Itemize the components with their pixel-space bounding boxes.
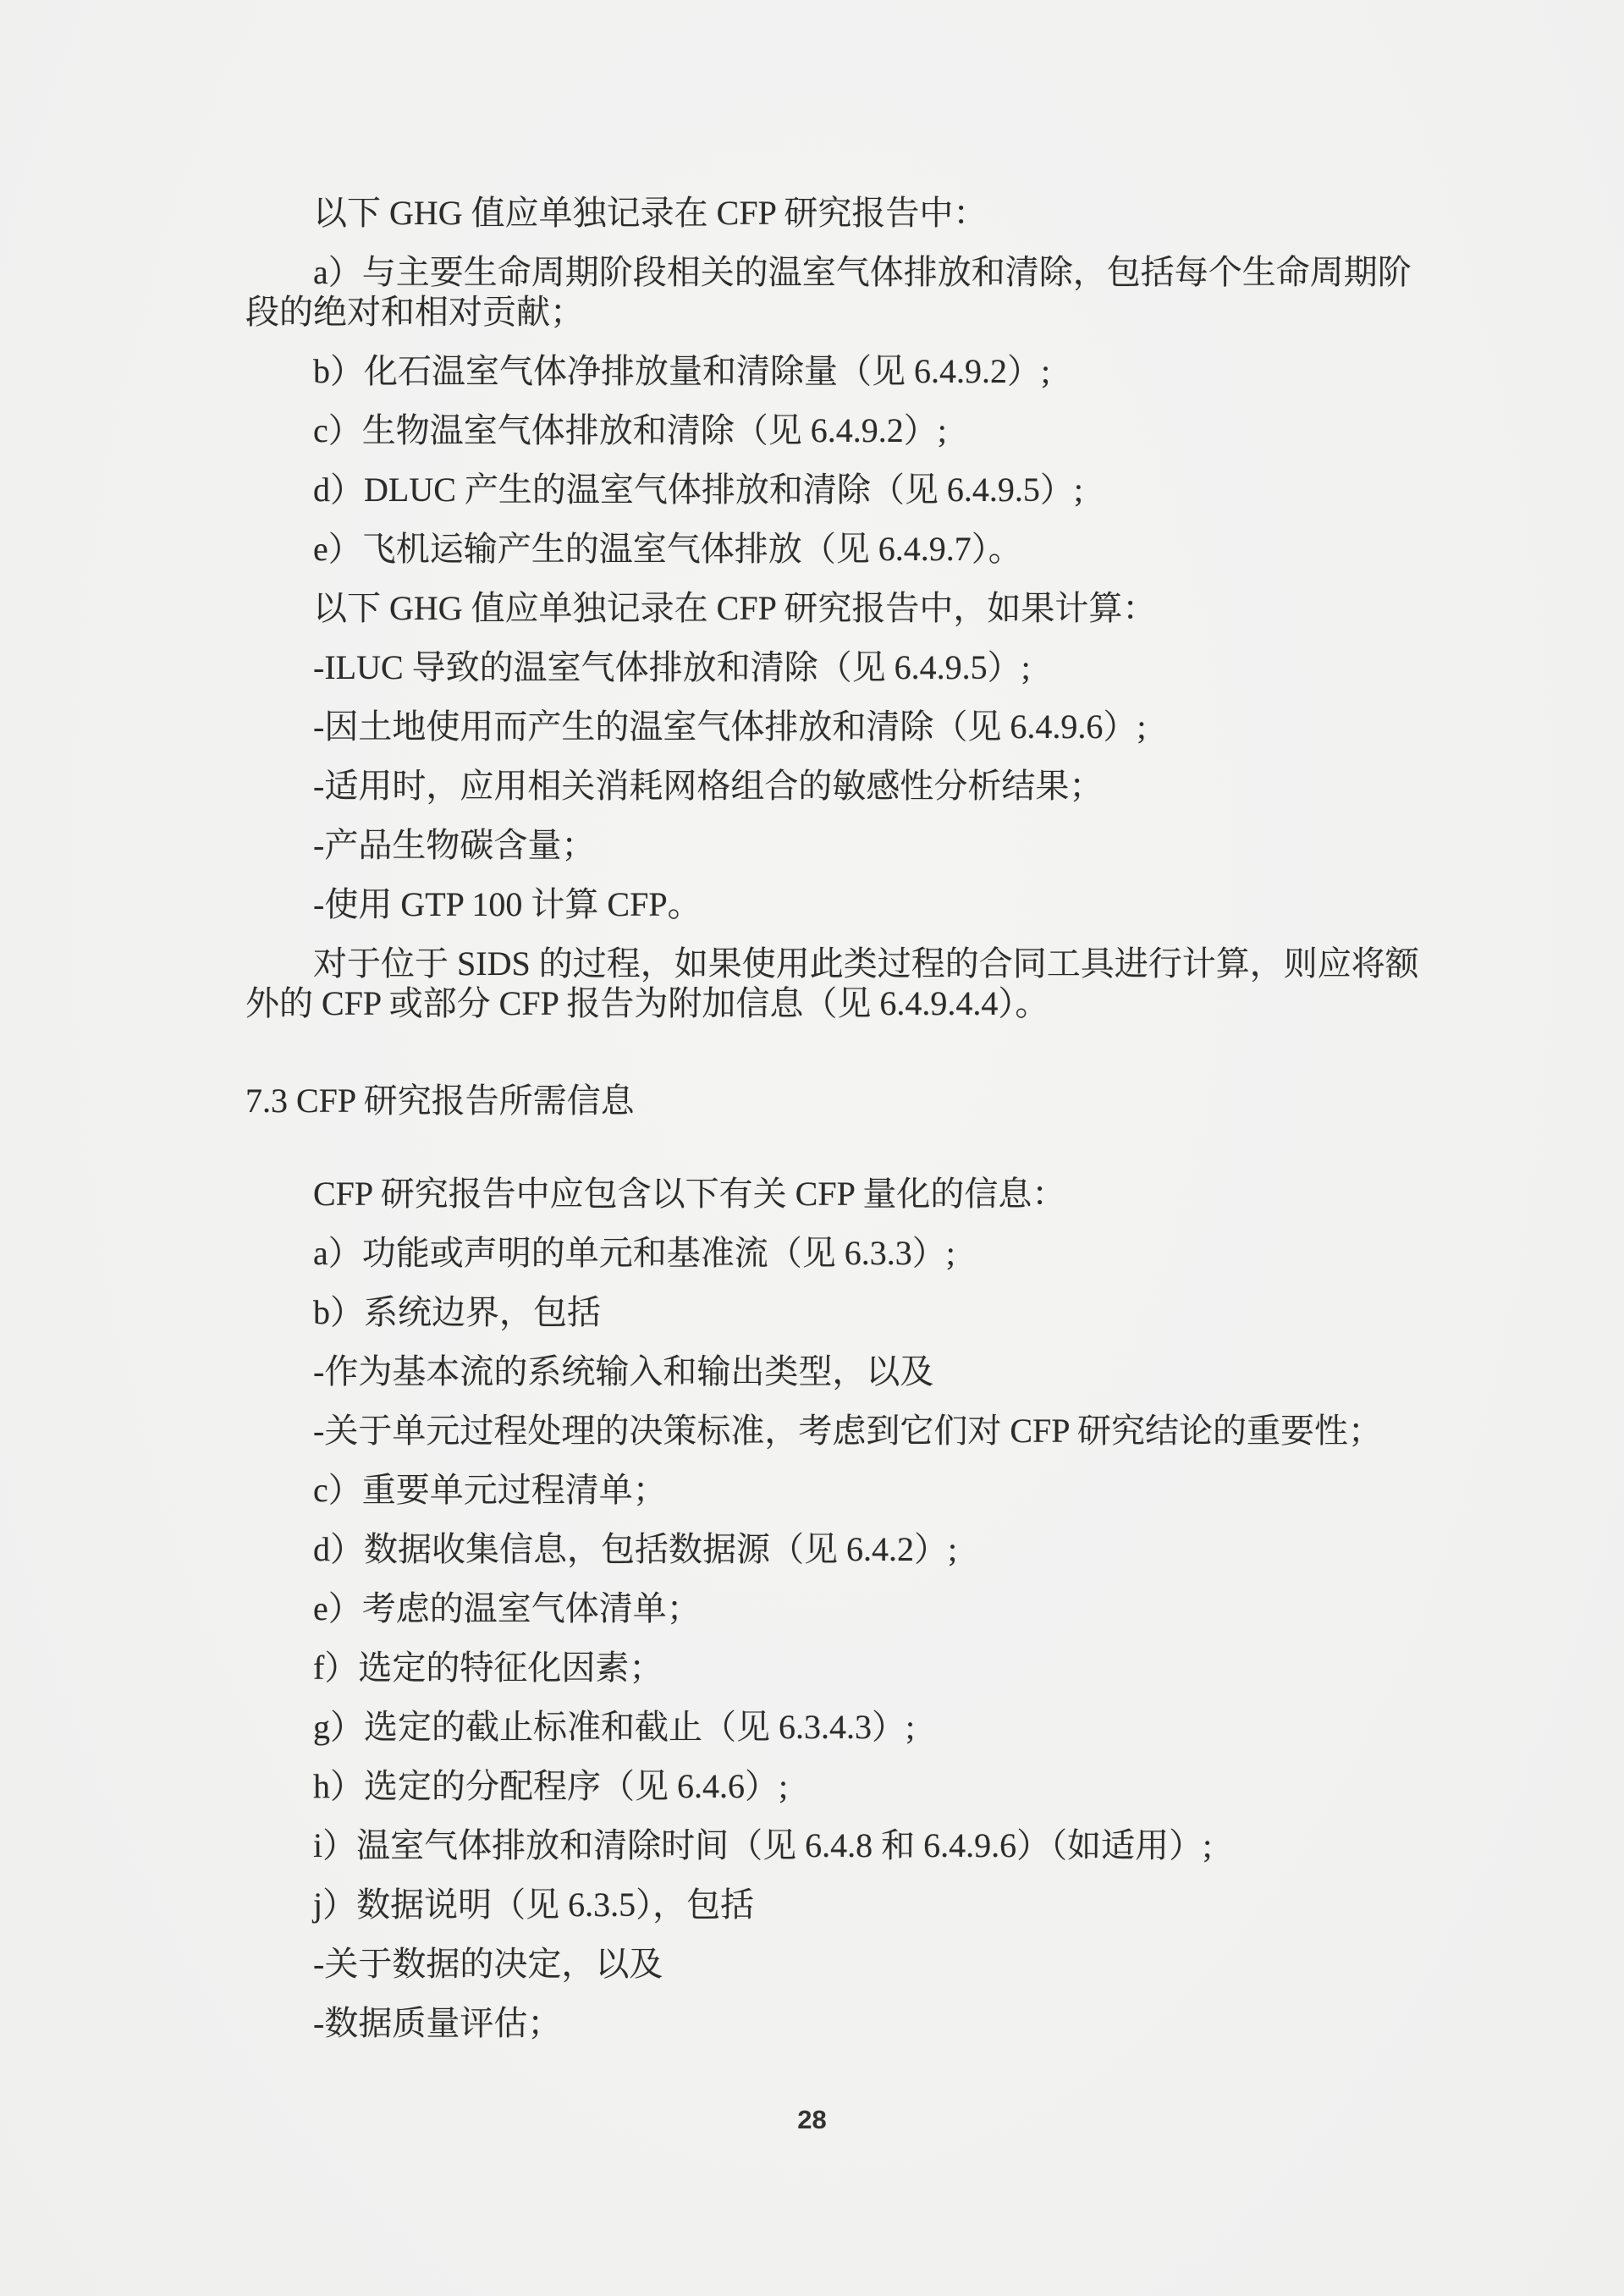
text-line: e）飞机运输产生的温室气体排放（见 6.4.9.7）。 [245,529,1388,569]
text-line: i）温室气体排放和清除时间（见 6.4.8 和 6.4.9.6）（如适用）; [245,1825,1388,1865]
text-line: b）化石温室气体净排放量和清除量（见 6.4.9.2）; [245,351,1388,391]
text-line: 对于位于 SIDS 的过程，如果使用此类过程的合同工具进行计算，则应将额 [245,944,1388,983]
text-line: 段的绝对和相对贡献； [245,292,1388,332]
text-line: h）选定的分配程序（见 6.4.6）; [245,1766,1388,1806]
page-number: 28 [0,2105,1624,2135]
text-line: j）数据说明（见 6.3.5），包括 [245,1885,1388,1924]
text-line: 以下 GHG 值应单独记录在 CFP 研究报告中，如果计算： [245,588,1388,628]
text-line: e）考虑的温室气体清单； [245,1588,1388,1628]
text-line: -ILUC 导致的温室气体排放和清除（见 6.4.9.5）; [245,647,1388,687]
text-line: g）选定的截止标准和截止（见 6.3.4.3）; [245,1707,1388,1747]
text-line: d）DLUC 产生的温室气体排放和清除（见 6.4.9.5）; [245,470,1388,509]
text-line: 外的 CFP 或部分 CFP 报告为附加信息（见 6.4.9.4.4）。 [245,983,1388,1023]
text-line: -适用时，应用相关消耗网格组合的敏感性分析结果； [245,766,1388,806]
document-page: 以下 GHG 值应单独记录在 CFP 研究报告中：a）与主要生命周期阶段相关的温… [0,0,1624,2296]
text-line: 以下 GHG 值应单独记录在 CFP 研究报告中： [245,193,1388,233]
text-line: a）与主要生命周期阶段相关的温室气体排放和清除，包括每个生命周期阶 [245,252,1388,292]
text-line: f）选定的特征化因素； [245,1648,1388,1688]
text-line: c）生物温室气体排放和清除（见 6.4.9.2）; [245,410,1388,450]
text-line: -数据质量评估； [245,2003,1388,2043]
section-heading: 7.3 CFP 研究报告所需信息 [245,1081,1388,1120]
text-line: -关于单元过程处理的决策标准，考虑到它们对 CFP 研究结论的重要性； [245,1411,1388,1451]
document-body: 以下 GHG 值应单独记录在 CFP 研究报告中：a）与主要生命周期阶段相关的温… [245,193,1388,2062]
text-line: c）重要单元过程清单； [245,1470,1388,1510]
text-line: -使用 GTP 100 计算 CFP。 [245,884,1388,924]
text-line: b）系统边界，包括 [245,1292,1388,1332]
text-line: a）功能或声明的单元和基准流（见 6.3.3）; [245,1233,1388,1273]
text-line: -关于数据的决定，以及 [245,1944,1388,1984]
text-line: d）数据收集信息，包括数据源（见 6.4.2）; [245,1529,1388,1569]
text-line: -因土地使用而产生的温室气体排放和清除（见 6.4.9.6）; [245,707,1388,746]
text-line: -产品生物碳含量； [245,825,1388,865]
text-line: -作为基本流的系统输入和输出类型，以及 [245,1352,1388,1391]
text-line: CFP 研究报告中应包含以下有关 CFP 量化的信息： [245,1174,1388,1214]
